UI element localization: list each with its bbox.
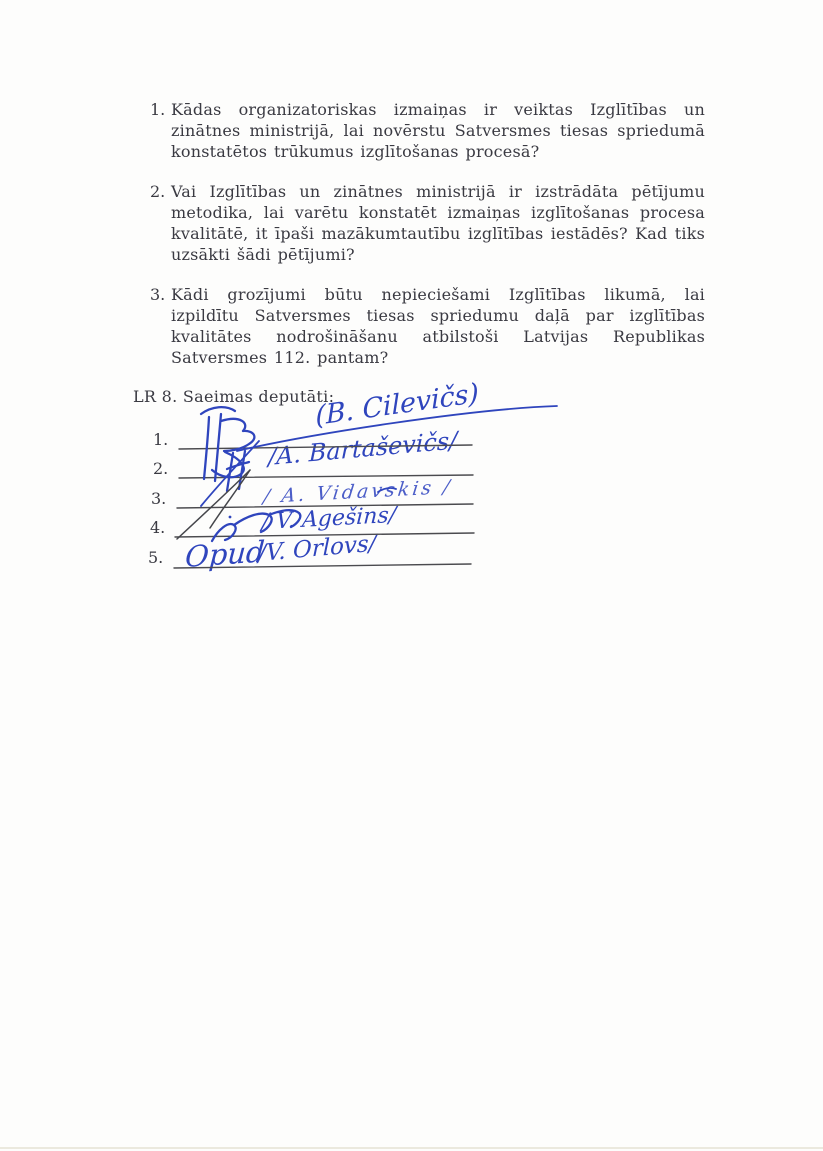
question-number: 2. [150, 181, 171, 265]
question-item-1: 1. Kādas organizatoriskas izmaiņas ir ve… [150, 99, 705, 162]
signatories-label: LR 8. Saeimas deputāti: [133, 387, 334, 406]
signature-line-number-3: 3. [151, 489, 166, 508]
dark-pen-strokes [177, 470, 250, 539]
signature-line-number-1: 1. [153, 430, 168, 449]
signature-line-number-4: 4. [150, 518, 165, 537]
scan-edge-artifact [0, 1147, 823, 1149]
handwritten-name-vidavskis: / A. Vidavskis / [262, 476, 454, 508]
question-text: Vai Izglītības un zinātnes ministrijā ir… [171, 181, 705, 265]
question-text: Kādas organizatoriskas izmaiņas ir veikt… [171, 99, 705, 162]
scanned-document-page: 1. Kādas organizatoriskas izmaiņas ir ve… [0, 0, 823, 1151]
handwritten-name-orlovs: /V. Orlovs/ [258, 531, 377, 567]
questions-list: 1. Kādas organizatoriskas izmaiņas ir ve… [150, 99, 705, 387]
signature-line-number-2: 2. [153, 459, 168, 478]
question-item-2: 2. Vai Izglītības un zinātnes ministrijā… [150, 181, 705, 265]
question-number: 3. [150, 284, 171, 368]
handwritten-signature-orlovs: Opud [184, 534, 266, 574]
signature-line-number-5: 5. [148, 548, 163, 567]
question-number: 1. [150, 99, 171, 162]
handwritten-name-bartasevics: /A. Bartaševičs/ [268, 426, 457, 471]
question-text: Kādi grozījumi būtu nepieciešami Izglītī… [171, 284, 705, 368]
question-item-3: 3. Kādi grozījumi būtu nepieciešami Izgl… [150, 284, 705, 368]
